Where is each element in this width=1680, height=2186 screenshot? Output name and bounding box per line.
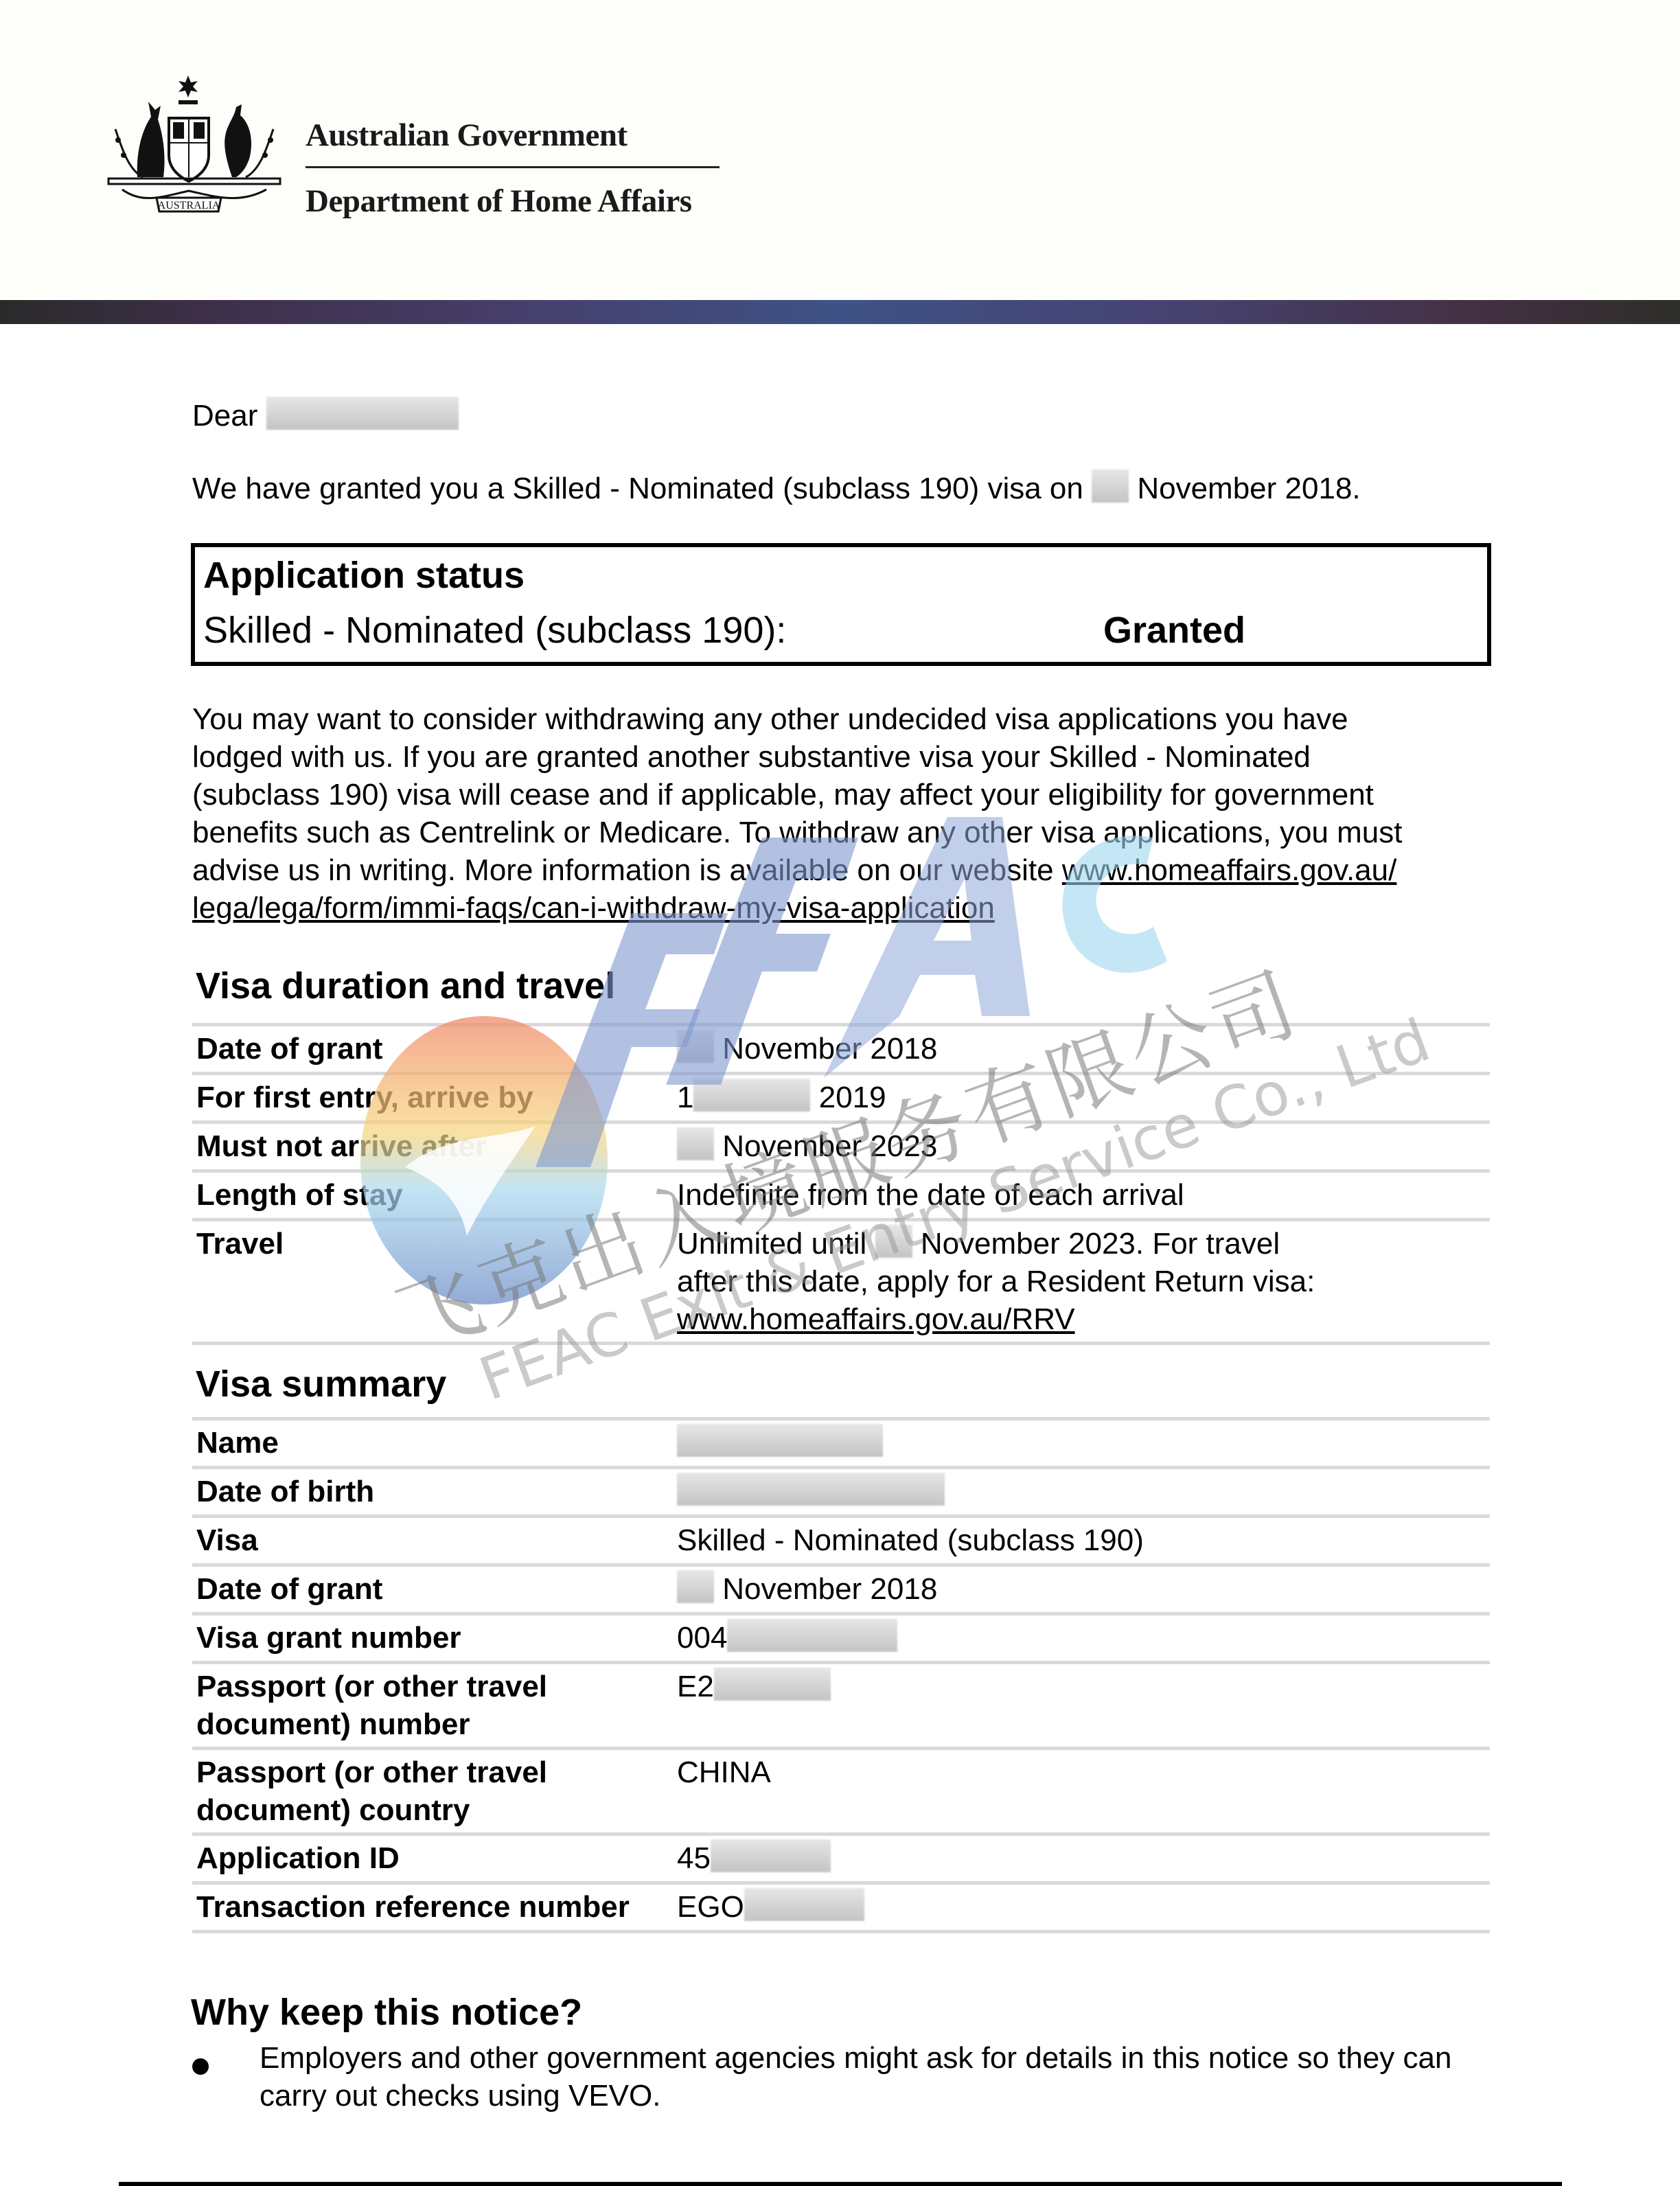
- why-keep-heading: Why keep this notice?: [191, 1991, 582, 2034]
- redacted-name: [266, 397, 459, 430]
- government-title: Australian Government: [306, 117, 628, 154]
- table-row: Application ID 45: [192, 1832, 1490, 1881]
- withdrawal-advice: You may want to consider withdrawing any…: [192, 700, 1497, 927]
- status-value: Granted: [1103, 609, 1245, 652]
- footer-divider: [119, 2182, 1562, 2186]
- table-row: Transaction reference number EGO: [192, 1881, 1490, 1933]
- svg-text:AUSTRALIA: AUSTRALIA: [158, 200, 220, 211]
- bullet-item: Employers and other government agencies …: [260, 2039, 1495, 2115]
- withdraw-faq-link[interactable]: www.homeaffairs.gov.au/: [1062, 853, 1397, 887]
- table-row: Date of grant November 2018: [192, 1563, 1490, 1612]
- visa-duration-heading: Visa duration and travel: [196, 965, 615, 1007]
- redacted-dob: [677, 1473, 945, 1506]
- department-title: Department of Home Affairs: [306, 183, 692, 220]
- salutation: Dear: [192, 397, 459, 435]
- letterhead: AUSTRALIA Australian Government Departme…: [0, 0, 1680, 300]
- header-divider: [306, 166, 720, 168]
- table-row: Date of birth: [192, 1466, 1490, 1515]
- withdraw-faq-link-cont[interactable]: lega/lega/form/immi-faqs/can-i-withdraw-…: [192, 891, 995, 925]
- bullet-icon: [192, 2058, 209, 2075]
- visa-summary-heading: Visa summary: [196, 1363, 446, 1405]
- visa-summary-table: Name Date of birth Visa Skilled - Nomina…: [192, 1417, 1490, 1933]
- header-band: [0, 300, 1680, 324]
- status-title: Application status: [203, 554, 525, 597]
- redacted-day: [1092, 470, 1129, 503]
- table-row: Passport (or other travel document) coun…: [192, 1747, 1490, 1832]
- redacted-name: [677, 1424, 883, 1457]
- status-label: Skilled - Nominated (subclass 190):: [203, 609, 786, 652]
- table-row: Visa Skilled - Nominated (subclass 190): [192, 1515, 1490, 1563]
- application-status-box: Application status Skilled - Nominated (…: [191, 543, 1491, 666]
- grant-sentence: We have granted you a Skilled - Nominate…: [192, 470, 1361, 507]
- coat-of-arms-icon: AUSTRALIA: [95, 74, 294, 222]
- table-row: Visa grant number 004: [192, 1612, 1490, 1661]
- table-row: Passport (or other travel document) numb…: [192, 1661, 1490, 1747]
- table-row: Name: [192, 1417, 1490, 1466]
